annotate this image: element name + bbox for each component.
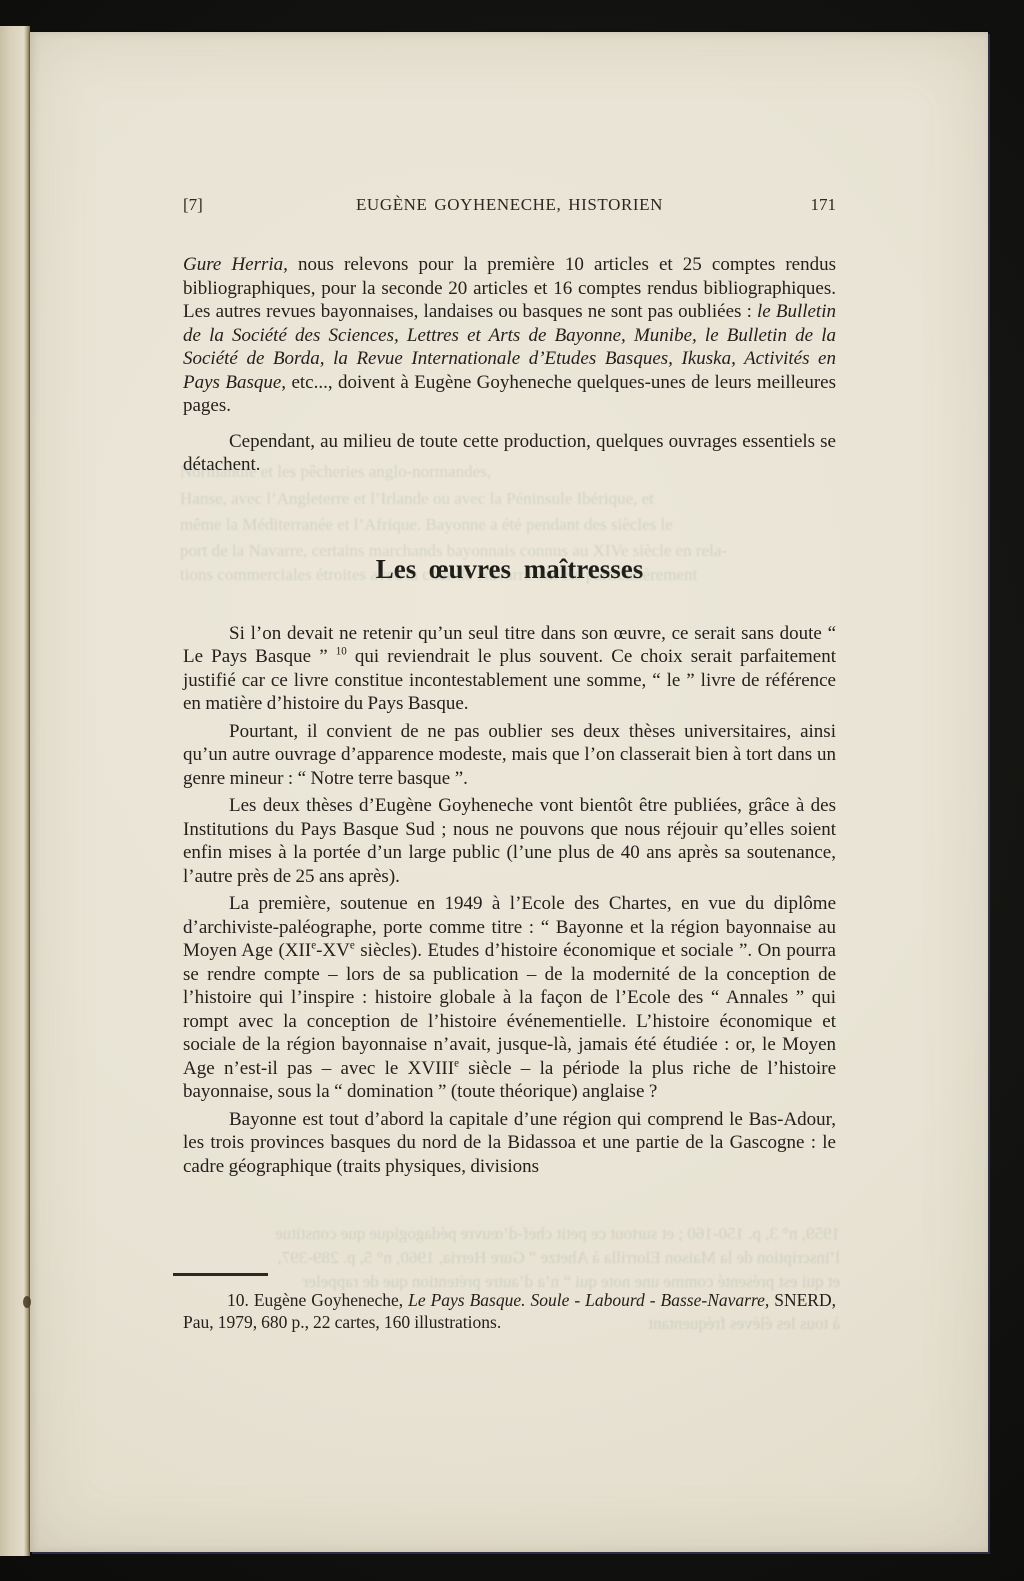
paragraph: 10. Eugène Goyheneche, Le Pays Basque. S…	[183, 1289, 836, 1333]
paragraph: Cependant, au milieu de toute cette prod…	[183, 430, 836, 477]
paragraph: Bayonne est tout d’abord la capitale d’u…	[183, 1108, 836, 1179]
bleedthrough-line: 1959, n° 3, p. 150-160 ; et surtout ce p…	[180, 1222, 840, 1246]
footnote: 10. Eugène Goyheneche, Le Pays Basque. S…	[183, 1273, 836, 1333]
section-marker: [7]	[183, 195, 253, 215]
paragraph: Gure Herria, nous relevons pour la premi…	[183, 253, 836, 418]
section-heading: Les œuvres maîtresses	[183, 553, 836, 585]
page-edge-stack	[0, 26, 30, 1556]
paragraphs-before-heading: Gure Herria, nous relevons pour la premi…	[183, 253, 836, 477]
page-number: 171	[766, 195, 836, 215]
paragraphs-after-heading: Si l’on devait ne retenir qu’un seul tit…	[183, 622, 836, 1179]
text-block: Gure Herria, nous relevons pour la premi…	[183, 253, 836, 1178]
page-header: [7] EUGÈNE GOYHENECHE, HISTORIEN 171	[183, 195, 836, 215]
book-page: [7] EUGÈNE GOYHENECHE, HISTORIEN 171 Gur…	[30, 32, 988, 1552]
paragraph: Pourtant, il convient de ne pas oublier …	[183, 720, 836, 791]
footnote-text: 10. Eugène Goyheneche, Le Pays Basque. S…	[183, 1289, 836, 1333]
paragraph: Si l’on devait ne retenir qu’un seul tit…	[183, 622, 836, 716]
edge-spot	[23, 1296, 31, 1308]
paragraph: Les deux thèses d’Eugène Goyheneche vont…	[183, 794, 836, 888]
footnote-rule	[173, 1273, 268, 1276]
running-title: EUGÈNE GOYHENECHE, HISTORIEN	[253, 195, 766, 215]
bleedthrough-line: l’inscription de la Maison Elorrilla à A…	[180, 1246, 840, 1270]
paragraph: La première, soutenue en 1949 à l’Ecole …	[183, 892, 836, 1104]
